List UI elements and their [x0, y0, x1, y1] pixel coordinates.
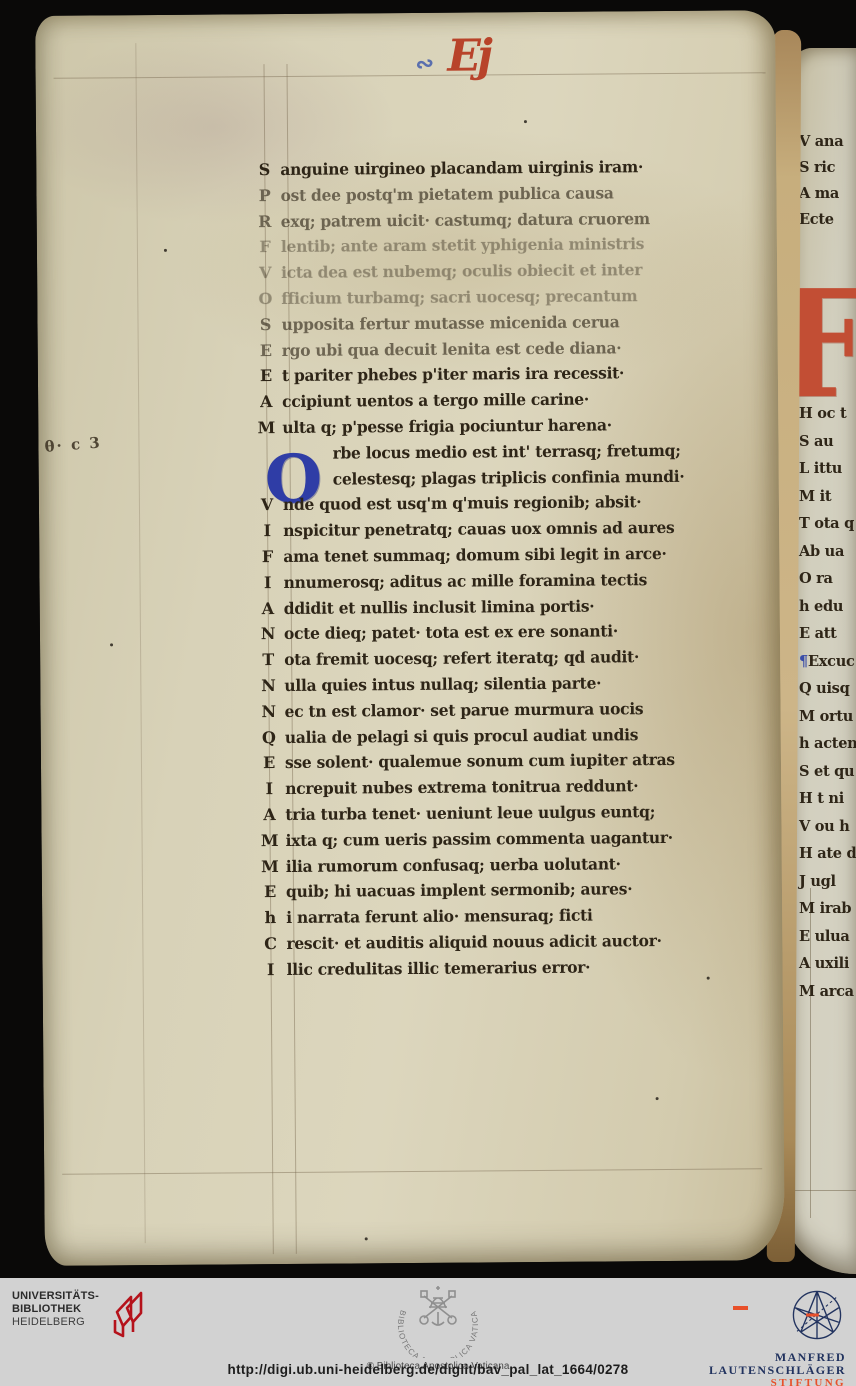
verse-initial: A — [253, 805, 285, 824]
verse-initial: E — [253, 753, 285, 772]
verse-initial: E — [250, 341, 282, 360]
manuscript-line: Flentib; ante aram stetit yphigenia mini… — [249, 234, 656, 256]
manuscript-line: Ergo ubi qua decuit lenita est cede dian… — [250, 338, 632, 360]
next-page-line-fragment: S et qu — [799, 762, 854, 780]
verse-initial: F — [249, 237, 281, 256]
next-page-line-fragment: Ecte — [799, 210, 834, 228]
ruling-line — [54, 72, 766, 79]
next-page-line-fragment: M irab — [799, 899, 851, 917]
verse-initial: I — [251, 521, 283, 540]
manuscript-line: Crescit· et auditis aliquid nouus adicit… — [254, 931, 673, 953]
verse-initial: P — [248, 186, 280, 205]
ub-heidelberg-wordmark: UNIVERSITÄTS- BIBLIOTHEK HEIDELBERG — [12, 1290, 99, 1329]
verse-text: ama tenet summaq; domum sibi legit in ar… — [283, 544, 666, 566]
ub-books-icon — [105, 1290, 151, 1340]
manuscript-line: Atria turba tenet· ueniunt leue uulgus e… — [253, 802, 666, 824]
next-page-line-fragment: Ab ua — [799, 542, 844, 560]
manuscript-page: ∾ Ej θ· c 3 O Sanguine uirgineo placanda… — [35, 10, 785, 1266]
verse-text: icta dea est nubemq; oculis obiecit et i… — [281, 260, 642, 282]
quire-mark: ∾ Ej — [413, 34, 524, 155]
manuscript-line: Qualia de pelagi si quis procul audiat u… — [253, 725, 649, 747]
next-page-line-fragment: M ortu — [799, 707, 853, 725]
manuscript-line: Post dee postq'm pietatem publica causa — [248, 183, 624, 205]
verse-text: ota fremit uocesq; refert iteratq; qd au… — [284, 647, 639, 669]
mls-compass-icon — [788, 1286, 846, 1344]
next-page-line-fragment: J ugl — [799, 872, 836, 890]
manuscript-line: Tota fremit uocesq; refert iteratq; qd a… — [252, 647, 650, 669]
next-page-line-fragment: H t ni — [799, 789, 844, 807]
verse-initial: I — [255, 960, 287, 979]
verse-initial: V — [251, 495, 283, 514]
verse-text: exq; patrem uicit· castumq; datura cruor… — [281, 209, 650, 231]
manuscript-line: Milia rumorum confusaq; uerba uolutant· — [254, 854, 631, 876]
next-page-line-fragment: O ra — [799, 569, 833, 587]
manuscript-line: Esse solent· qualemue sonum cum iupiter … — [253, 750, 687, 772]
manuscript-line: Vnde quod est usq'm q'muis regionib; abs… — [251, 492, 653, 514]
manuscript-line: Fama tenet summaq; domum sibi legit in a… — [251, 544, 678, 566]
next-page-line-fragment: M it — [799, 487, 831, 505]
ink-speck — [524, 120, 527, 123]
verse-initial: M — [254, 857, 286, 876]
verse-text: ccipiunt uentos a tergo mille carine· — [282, 390, 589, 411]
verse-initial: I — [253, 779, 285, 798]
quire-mark-letter: Ej — [447, 30, 489, 81]
verse-text: ualia de pelagi si quis procul audiat un… — [285, 725, 639, 747]
verse-text: nde quod est usq'm q'muis regionib; absi… — [283, 493, 641, 515]
next-page-line-fragment: A uxili — [799, 954, 849, 972]
manuscript-line: Illic credulitas illic temerarius error· — [255, 957, 600, 979]
verse-initial: F — [251, 547, 283, 566]
manuscript-line: rbe locus medio est int' terrasq; fretum… — [250, 441, 691, 463]
next-page-line-fragment: S au — [799, 432, 833, 450]
manuscript-line: Officium turbamq; sacri uocesq; precantu… — [249, 286, 648, 308]
manuscript-line: Inspicitur penetratq; cauas uox omnis ad… — [251, 518, 687, 540]
verse-text: ddidit et nullis inclusit limina portis· — [284, 596, 595, 617]
next-page-line-fragment: V ana — [799, 132, 843, 150]
mls-line2: LAUTENSCHLÄGER — [709, 1364, 846, 1377]
verse-text: fficium turbamq; sacri uocesq; precantum — [281, 286, 637, 308]
vatican-seal-text: BIBLIOTECA APOSTOLICA VATICANA — [358, 1282, 480, 1358]
next-page-line-fragment: H ate d — [799, 844, 856, 862]
svg-text:BIBLIOTECA APOSTOLICA VATICA: BIBLIOTECA APOSTOLICA VATICANA — [358, 1282, 480, 1358]
verse-initial: h — [254, 908, 286, 927]
verse-initial: R — [249, 212, 281, 231]
verse-initial: Q — [253, 728, 285, 747]
verse-initial: N — [252, 676, 284, 695]
verse-text: celestesq; plagas triplicis confinia mun… — [333, 466, 685, 488]
verse-text: rescit· et auditis aliquid nouus adicit … — [286, 931, 661, 953]
manuscript-line: Et pariter phebes p'iter maris ira reces… — [250, 364, 635, 386]
ink-speck — [164, 249, 167, 252]
verse-text: ost dee postq'm pietatem publica causa — [280, 183, 613, 205]
ub-heidelberg-logo: UNIVERSITÄTS- BIBLIOTHEK HEIDELBERG — [12, 1290, 151, 1340]
manuscript-line: Equib; hi uacuas implent sermonib; aures… — [254, 880, 643, 902]
manuscript-line: Rexq; patrem uicit· castumq; datura cruo… — [249, 209, 662, 231]
verse-text: ncrepuit nubes extrema tonitrua reddunt· — [285, 776, 638, 798]
next-page-line-fragment: S ric — [799, 158, 835, 176]
verse-initial: T — [252, 650, 284, 669]
verse-text: quib; hi uacuas implent sermonib; aures· — [286, 880, 632, 902]
ruling-line — [786, 1190, 856, 1191]
verse-initial: E — [250, 366, 282, 385]
manuscript-line: Multa q; p'pesse frigia pociuntur harena… — [250, 415, 622, 437]
verse-text: tria turba tenet· ueniunt leue uulgus eu… — [285, 802, 655, 824]
verse-initial: A — [252, 599, 284, 618]
next-page-line-fragment: V ou h — [799, 817, 850, 835]
manuscript-line: Nocte dieq; patet· tota est ex ere sonan… — [252, 622, 628, 644]
next-page-line-fragment: A ma — [799, 184, 839, 202]
verse-text: nnumerosq; aditus ac mille foramina tect… — [283, 570, 647, 592]
mls-line3: STIFTUNG — [709, 1377, 846, 1386]
next-page-line-fragment: M arca — [799, 982, 854, 1000]
verse-initial: E — [254, 882, 286, 901]
next-page-line-fragment: L ittu — [799, 459, 842, 477]
blue-paraph-mark: ¶ — [799, 652, 808, 670]
ruling-line — [62, 1168, 762, 1174]
verse-initial: V — [249, 263, 281, 282]
manuscript-line: Addidit et nullis inclusit limina portis… — [252, 596, 604, 618]
verse-text: ulla quies intus nullaq; silentia parte· — [284, 673, 601, 694]
verse-text: rbe locus medio est int' terrasq; fretum… — [332, 441, 680, 463]
manuscript-line: Accipiunt uentos a tergo mille carine· — [250, 390, 598, 412]
manuscript-line: hi narrata ferunt alio· mensuraq; ficti — [254, 906, 602, 928]
verse-text: ec tn est clamor· set parue murmura uoci… — [284, 699, 643, 721]
verse-text: lentib; ante aram stetit yphigenia minis… — [281, 235, 644, 257]
verse-initial: M — [250, 418, 282, 437]
verse-text: sse solent· qualemue sonum cum iupiter a… — [285, 750, 675, 772]
next-page-line-fragment: E att — [799, 624, 837, 642]
next-page-line-fragment: h acten — [799, 734, 856, 752]
next-page-line-fragment: T ota q — [799, 514, 854, 532]
manuscript-line: Victa dea est nubemq; oculis obiecit et … — [249, 260, 653, 282]
vatican-seal-icon: BIBLIOTECA APOSTOLICA VATICANA — [358, 1282, 518, 1358]
verse-initial: N — [252, 702, 284, 721]
ink-speck — [365, 1237, 368, 1240]
next-page-line-fragment: h edu — [799, 597, 843, 615]
ink-speck — [656, 1097, 659, 1100]
verse-initial: C — [254, 934, 286, 953]
ink-speck — [110, 643, 113, 646]
verse-initial: A — [250, 392, 282, 411]
verse-text: anguine uirgineo placandam uirginis iram… — [280, 157, 643, 179]
manuscript-line: Nulla quies intus nullaq; silentia parte… — [252, 673, 611, 695]
ub-line1: UNIVERSITÄTS- — [12, 1290, 99, 1303]
mls-wordmark: MANFRED LAUTENSCHLÄGER STIFTUNG — [709, 1351, 846, 1386]
verse-initial: S — [249, 315, 281, 334]
manuscript-line: Supposita fertur mutasse micenida cerua — [249, 312, 630, 334]
quire-mark-flourish: ∾ — [414, 50, 436, 78]
ruling-line — [135, 43, 145, 1243]
ink-speck — [707, 977, 710, 980]
ub-line3: HEIDELBERG — [12, 1316, 99, 1329]
verse-text: ilia rumorum confusaq; uerba uolutant· — [286, 854, 621, 876]
next-page-line-fragment: H oc t — [799, 404, 846, 422]
verse-initial: I — [251, 573, 283, 592]
margin-annotation: θ· c 3 — [44, 433, 102, 455]
verse-text: rgo ubi qua decuit lenita est cede diana… — [282, 338, 622, 360]
vatican-seal-block: BIBLIOTECA APOSTOLICA VATICANA © Bibliot… — [358, 1282, 518, 1372]
manuscript-line: Nec tn est clamor· set parue murmura uoc… — [252, 699, 654, 721]
verse-initial: S — [248, 160, 280, 179]
manuscript-line: Mixta q; cum ueris passim commenta uagan… — [254, 828, 685, 850]
next-page-line-fragment: E ulua — [799, 927, 850, 945]
manuscript-line: Sanguine uirgineo placandam uirginis ira… — [248, 157, 654, 179]
verse-text: octe dieq; patet· tota est ex ere sonant… — [284, 622, 618, 644]
manuscript-line: Increpuit nubes extrema tonitrua reddunt… — [253, 776, 649, 798]
digitized-manuscript-viewer: F V anaS ricA maEcteH oc tS auL ittuM it… — [0, 0, 856, 1386]
verse-initial: N — [252, 624, 284, 643]
ub-line2: BIBLIOTHEK — [12, 1303, 99, 1316]
verse-initial: M — [254, 831, 286, 850]
manuscript-line: Innumerosq; aditus ac mille foramina tec… — [251, 570, 658, 592]
next-page-line-fragment: Q uisq — [799, 679, 849, 697]
verse-text: llic credulitas illic temerarius error· — [287, 957, 591, 978]
library-footer-bar: UNIVERSITÄTS- BIBLIOTHEK HEIDELBERG — [0, 1278, 856, 1386]
verse-initial: O — [249, 289, 281, 308]
verse-text: t pariter phebes p'iter maris ira recess… — [282, 364, 624, 386]
manuscript-line: celestesq; plagas triplicis confinia mun… — [251, 466, 696, 488]
verse-text: ixta q; cum ueris passim commenta uagant… — [286, 828, 673, 850]
lautenschlaeger-stiftung-logo: MANFRED LAUTENSCHLÄGER STIFTUNG — [709, 1286, 846, 1386]
next-page-line-fragment: ¶Excuc — [799, 652, 855, 670]
verse-text: ulta q; p'pesse frigia pociuntur harena· — [282, 415, 612, 437]
verse-text: nspicitur penetratq; cauas uox omnis ad … — [283, 518, 674, 540]
verse-text: upposita fertur mutasse micenida cerua — [281, 312, 619, 334]
verse-text: i narrata ferunt alio· mensuraq; ficti — [286, 906, 593, 927]
